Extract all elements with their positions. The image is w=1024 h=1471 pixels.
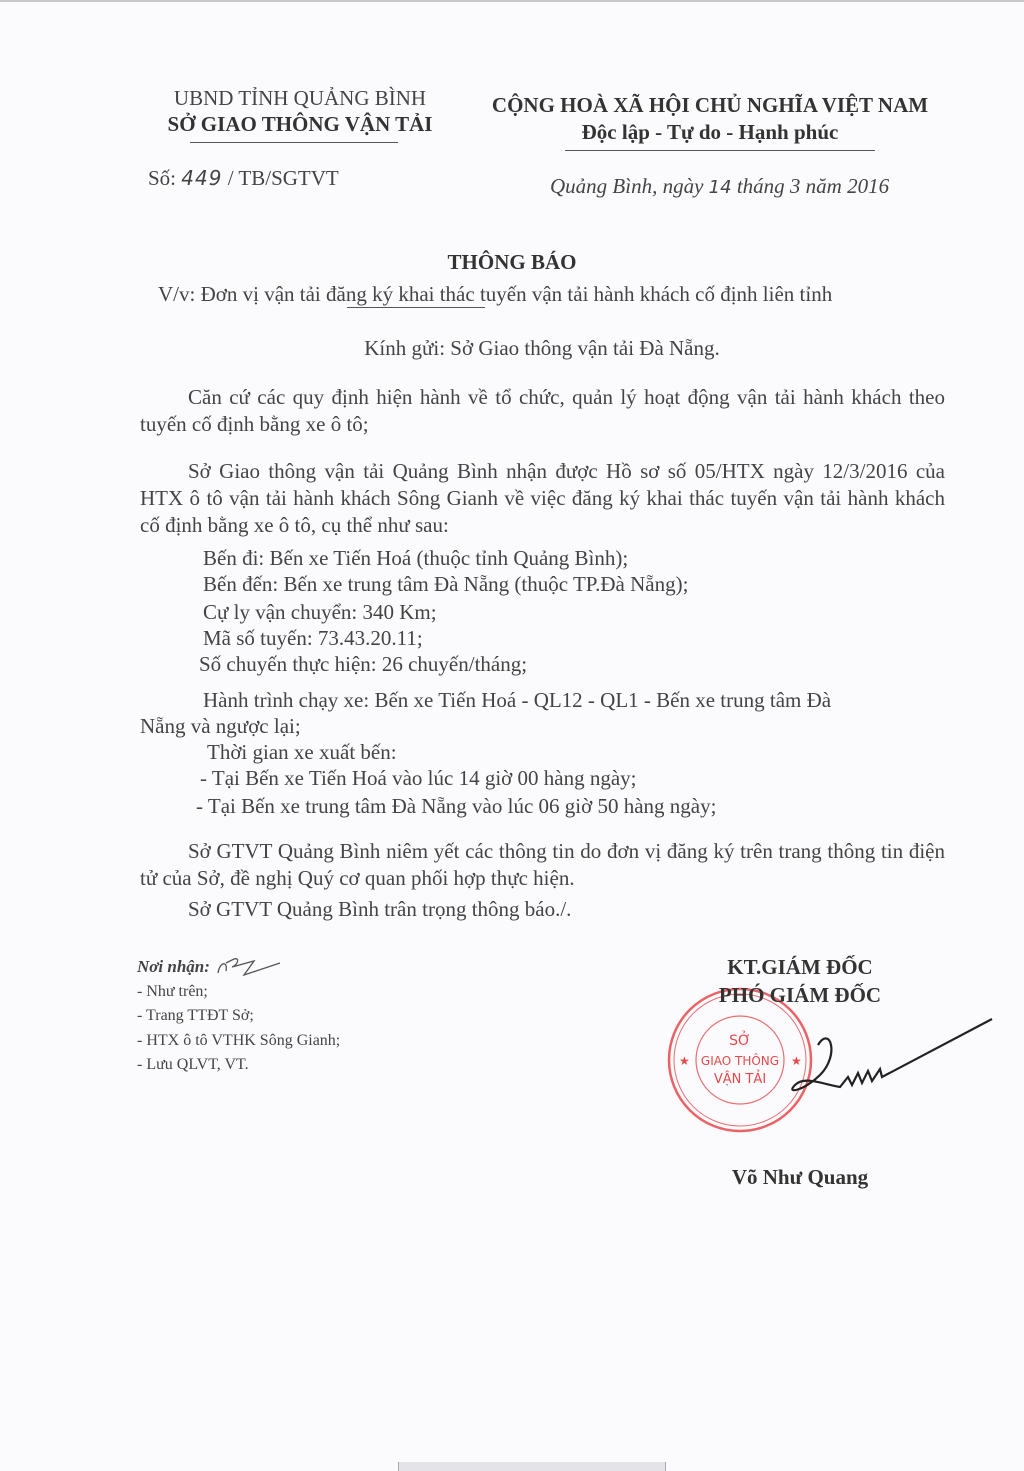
receivers-list: Nơi nhận: - Như trên; - Trang TTĐT Sở; -…: [137, 955, 340, 1078]
org-underline: [190, 142, 398, 143]
subject-underline: [347, 307, 485, 308]
nation-title: CỘNG HOÀ XÃ HỘI CHỦ NGHĨA VIỆT NAM: [470, 93, 950, 118]
receiver-item: - Lưu QLVT, VT.: [137, 1053, 340, 1078]
svg-text:★: ★: [679, 1054, 690, 1068]
signature-title-1: KT.GIÁM ĐỐC: [660, 955, 940, 980]
doc-number-prefix: Số:: [148, 166, 176, 190]
detail-arrival-station: Bến đến: Bến xe trung tâm Đà Nẵng (thuộc…: [203, 572, 688, 597]
departure-time-title: Thời gian xe xuất bến:: [207, 740, 397, 765]
detail-departure-station: Bến đi: Bến xe Tiến Hoá (thuộc tỉnh Quản…: [203, 546, 628, 571]
receivers-title: Nơi nhận:: [137, 955, 210, 980]
motto-underline: [565, 150, 875, 151]
document-title: THÔNG BÁO: [0, 250, 1024, 275]
receiver-item: - Trang TTĐT Sở;: [137, 1004, 340, 1029]
org-name: SỞ GIAO THÔNG VẬN TẢI: [140, 112, 460, 137]
document-subject: V/v: Đơn vị vận tải đăng ký khai thác tu…: [158, 282, 832, 307]
svg-text:GIAO THÔNG: GIAO THÔNG: [701, 1053, 779, 1068]
svg-text:SỞ: SỞ: [729, 1030, 751, 1049]
place-date-prefix: Quảng Bình, ngày: [550, 174, 703, 198]
detail-distance: Cự ly vận chuyển: 340 Km;: [203, 600, 437, 625]
doc-number-handwritten: 449: [181, 166, 222, 190]
doc-number-suffix: / TB/SGTVT: [228, 166, 339, 190]
scan-edge: [0, 0, 1024, 2]
date-day-handwritten: 14: [709, 177, 732, 198]
handwritten-signature-icon: [770, 1015, 995, 1115]
recipient: Kính gửi: Sở Giao thông vận tải Đà Nẵng.: [0, 336, 1024, 361]
paragraph-legal-basis: Căn cứ các quy định hiện hành về tổ chức…: [140, 384, 945, 438]
detail-trip-count: Số chuyến thực hiện: 26 chuyến/tháng;: [199, 652, 527, 677]
departure-time-da-nang: - Tại Bến xe trung tâm Đà Nẵng vào lúc 0…: [196, 794, 716, 819]
place-date: Quảng Bình, ngày 14 tháng 3 năm 2016: [550, 174, 889, 199]
doc-number: Số: 449 / TB/SGTVT: [148, 166, 339, 191]
paragraph-closing: Sở GTVT Quảng Bình trân trọng thông báo.…: [188, 897, 571, 922]
signature-title-2: PHÓ GIÁM ĐỐC: [660, 983, 940, 1008]
detail-route-line2: Nẵng và ngược lại;: [140, 714, 301, 739]
svg-text:VẬN TẢI: VẬN TẢI: [714, 1070, 766, 1087]
initials-scribble-icon: [214, 955, 284, 979]
receiver-item: - HTX ô tô VTHK Sông Gianh;: [137, 1029, 340, 1054]
signer-name: Võ Như Quang: [660, 1165, 940, 1190]
detail-route-code: Mã số tuyến: 73.43.20.11;: [203, 626, 423, 651]
paragraph-application: Sở Giao thông vận tải Quảng Bình nhận đư…: [140, 458, 945, 539]
org-parent: UBND TỈNH QUẢNG BÌNH: [140, 86, 460, 111]
scan-bottom-artifact: [398, 1462, 666, 1471]
departure-time-tien-hoa: - Tại Bến xe Tiến Hoá vào lúc 14 giờ 00 …: [200, 766, 637, 791]
motto: Độc lập - Tự do - Hạnh phúc: [470, 120, 950, 145]
place-date-suffix: tháng 3 năm 2016: [737, 174, 889, 198]
receiver-item: - Như trên;: [137, 980, 340, 1005]
paragraph-publication: Sở GTVT Quảng Bình niêm yết các thông ti…: [140, 838, 945, 892]
detail-route-line1: Hành trình chạy xe: Bến xe Tiến Hoá - QL…: [203, 688, 831, 713]
